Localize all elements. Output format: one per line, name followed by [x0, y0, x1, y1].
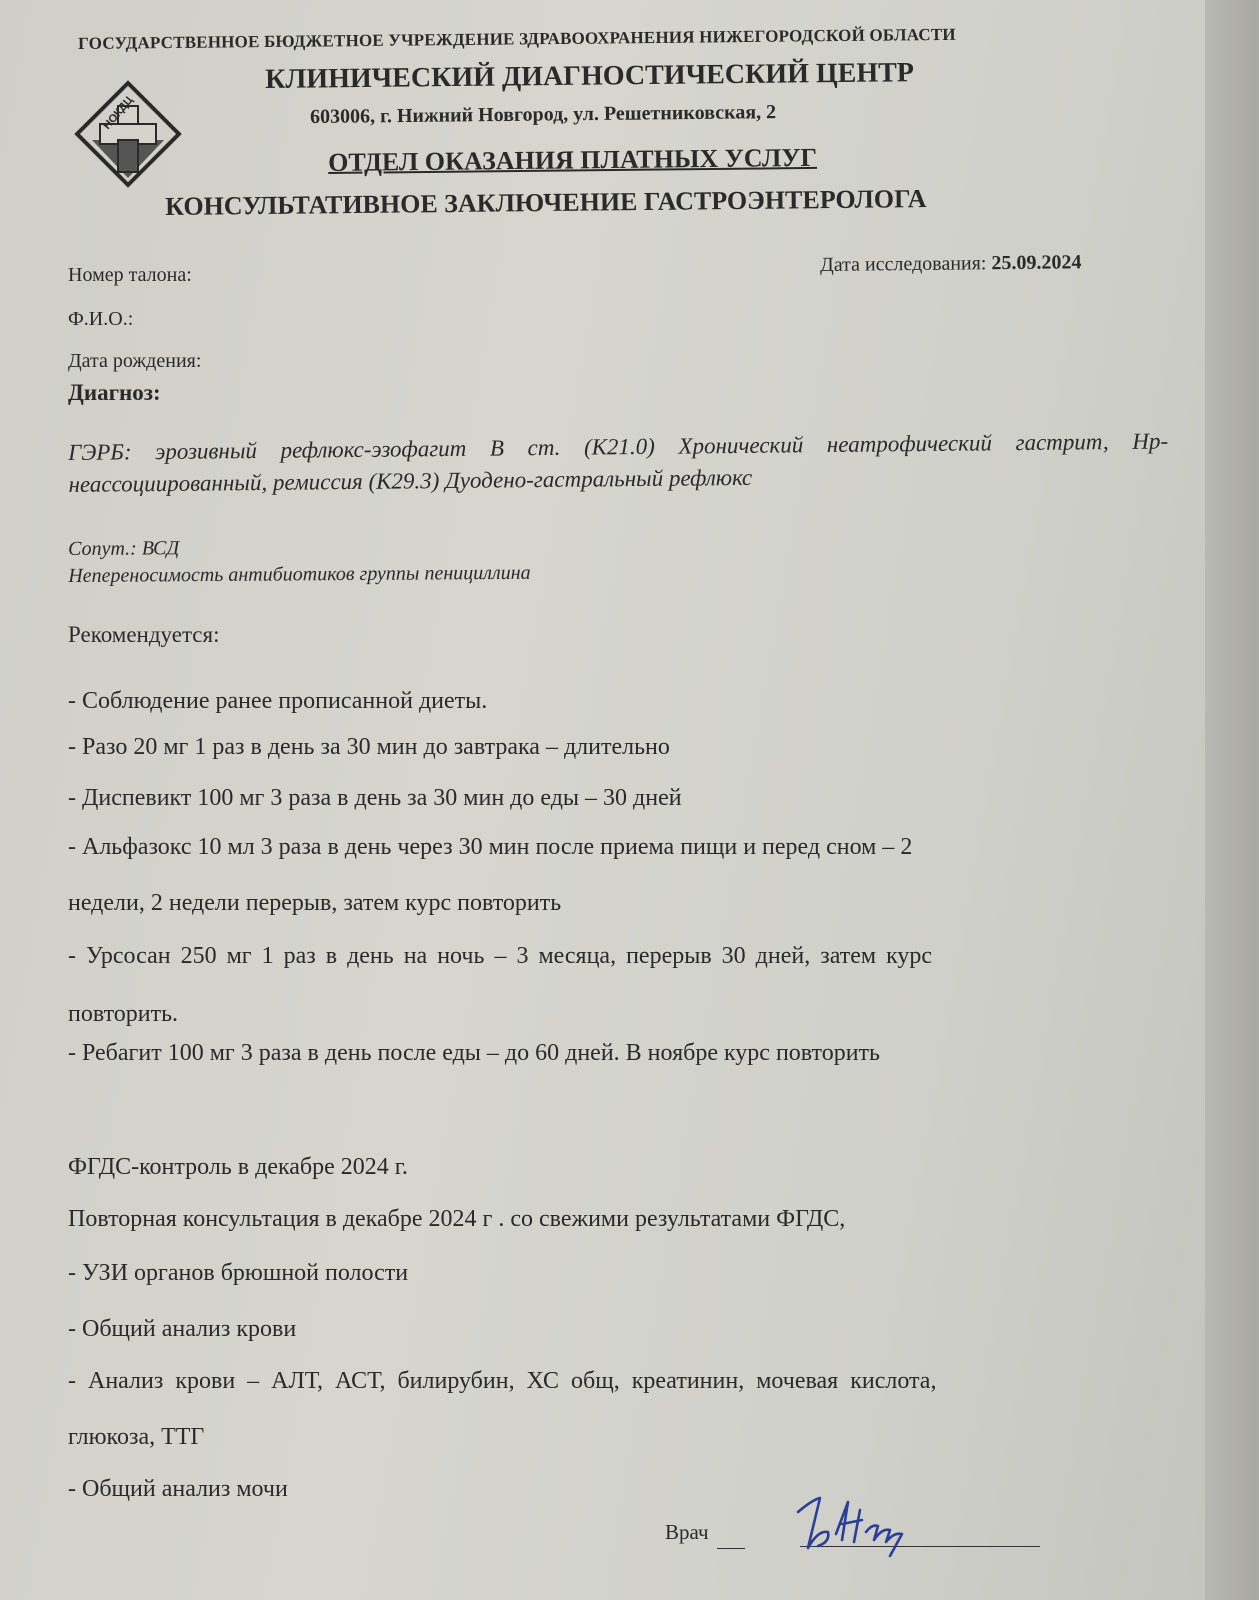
department-name: ОТДЕЛ ОКАЗАНИЯ ПЛАТНЫХ УСЛУГ: [328, 143, 817, 178]
diagnosis-label: Диагноз:: [68, 380, 161, 406]
drug-intolerance: Непереносимость антибиотиков группы пени…: [68, 557, 868, 590]
followup-item: - Общий анализ мочи: [68, 1476, 288, 1503]
recommendation-item: - Разо 20 мг 1 раз в день за 30 мин до з…: [68, 734, 670, 761]
ticket-number-label: Номер талона:: [68, 264, 192, 287]
doctor-signature-icon: [790, 1490, 930, 1560]
center-name: КЛИНИЧЕСКИЙ ДИАГНОСТИЧЕСКИЙ ЦЕНТР: [265, 57, 914, 96]
diagnosis-text: ГЭРБ: эрозивный рефлюкс-эзофагит В ст. (…: [68, 425, 1169, 501]
document-page: НОКДЦ ГОСУДАРСТВЕННОЕ БЮДЖЕТНОЕ УЧРЕЖДЕН…: [0, 0, 1206, 1600]
recommendation-item: недели, 2 недели перерыв, затем курс пов…: [68, 890, 561, 917]
recommendation-item: - Урсосан 250 мг 1 раз в день на ночь – …: [68, 943, 932, 970]
organization-name: ГОСУДАРСТВЕННОЕ БЮДЖЕТНОЕ УЧРЕЖДЕНИЕ ЗДР…: [78, 25, 956, 54]
document-title: КОНСУЛЬТАТИВНОЕ ЗАКЛЮЧЕНИЕ ГАСТРОЭНТЕРОЛ…: [165, 184, 927, 222]
recommendation-item: - Соблюдение ранее прописанной диеты.: [68, 688, 487, 715]
exam-date-label: Дата исследования:: [820, 252, 992, 276]
followup-item: - Общий анализ крови: [68, 1316, 296, 1343]
comorbidities: Сопут.: ВСД Непереносимость антибиотиков…: [68, 530, 868, 590]
recommendation-item: - Альфазокс 10 мл 3 раза в день через 30…: [68, 834, 912, 861]
full-name-label: Ф.И.О.:: [68, 308, 133, 331]
background-surface: [1205, 0, 1259, 1600]
followup-item: - Анализ крови – АЛТ, АСТ, билирубин, ХС…: [68, 1368, 936, 1395]
clinic-logo-icon: НОКДЦ: [70, 80, 186, 188]
exam-date-value: 25.09.2024: [991, 251, 1081, 274]
center-address: 603006, г. Нижний Новгород, ул. Решетник…: [310, 101, 776, 129]
followup-item: - УЗИ органов брюшной полости: [68, 1260, 408, 1287]
followup-item: глюкоза, ТТГ: [68, 1424, 204, 1451]
followup-item: ФГДС-контроль в декабре 2024 г.: [68, 1154, 408, 1181]
recommendation-item: - Ребагит 100 мг 3 раза в день после еды…: [68, 1040, 880, 1067]
followup-item: Повторная консультация в декабре 2024 г …: [68, 1206, 845, 1233]
recommendations-label: Рекомендуется:: [68, 622, 219, 648]
birth-date-label: Дата рождения:: [68, 350, 201, 373]
exam-date: Дата исследования: 25.09.2024: [820, 251, 1082, 277]
signature-line: [717, 1548, 745, 1549]
recommendation-item: - Диспевикт 100 мг 3 раза в день за 30 м…: [68, 785, 682, 812]
doctor-label: Врач: [665, 1520, 709, 1545]
recommendation-item: повторить.: [68, 1001, 178, 1028]
